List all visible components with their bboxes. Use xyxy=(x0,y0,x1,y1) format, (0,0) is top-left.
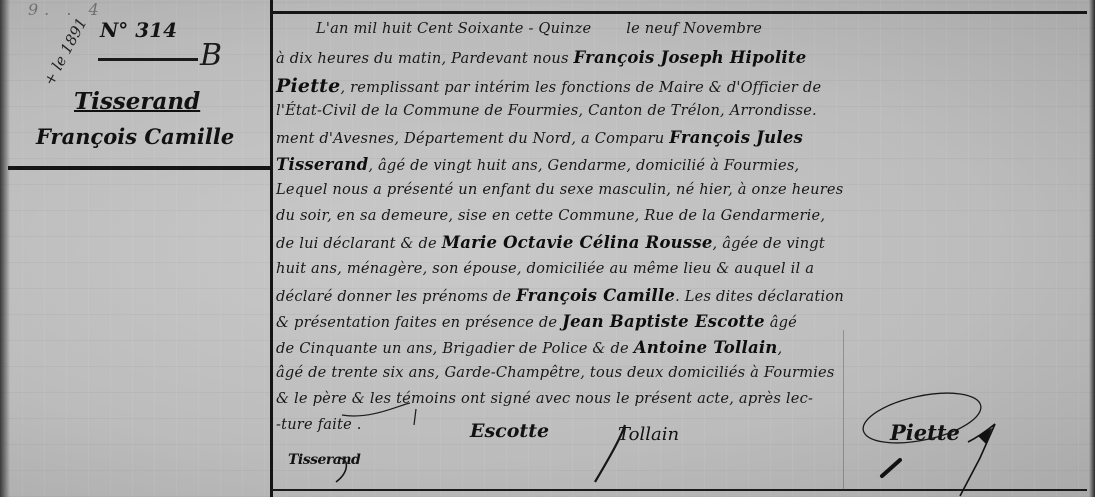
top-rule xyxy=(272,11,1087,14)
body-line: Tisserand, âgé de vingt huit ans, Gendar… xyxy=(276,155,799,174)
witness-2-flourish-icon xyxy=(580,420,650,490)
margin-divider xyxy=(270,0,273,497)
body-line: déclaré donner les prénoms de François C… xyxy=(276,286,844,305)
body-line: à dix heures du matin, Pardevant nous Fr… xyxy=(276,48,806,67)
body-line: Piette, remplissant par intérim les fonc… xyxy=(276,75,821,97)
witness-2-name: Antoine Tollain xyxy=(634,338,778,357)
register-page: 9. . 4 + le 1891 N° 314 B Tisserand Fran… xyxy=(0,0,1095,497)
witness-1-name: Jean Baptiste Escotte xyxy=(562,312,765,331)
mother-name: Marie Octavie Célina Rousse xyxy=(442,233,713,252)
body-line: Lequel nous a présenté un enfant du sexe… xyxy=(276,181,843,198)
margin-surname: Tisserand xyxy=(74,88,200,115)
act-type-letter: B xyxy=(200,38,222,73)
margin-given-names: François Camille xyxy=(36,124,234,149)
father-surname: Tisserand xyxy=(276,155,368,174)
body-line: l'État-Civil de la Commune de Fourmies, … xyxy=(276,102,817,119)
body-line: ment d'Avesnes, Département du Nord, a C… xyxy=(276,128,803,147)
signature-witness-1: Escotte xyxy=(470,420,549,442)
margin-column: 9. . 4 + le 1891 N° 314 B Tisserand Fran… xyxy=(0,0,270,497)
officer-name: François Joseph Hipolite xyxy=(574,48,807,67)
child-given-names: François Camille xyxy=(516,286,675,305)
father-signature-flourish-icon xyxy=(328,448,368,488)
father-given-names: François Jules xyxy=(669,128,803,147)
scan-edge-right xyxy=(1089,0,1095,497)
act-number-underline xyxy=(98,58,198,61)
marginal-annotation: + le 1891 xyxy=(40,15,91,89)
body-line: de Cinquante un ans, Brigadier de Police… xyxy=(276,338,782,357)
faded-annotation: 9. . 4 xyxy=(28,0,105,19)
body-line: L'an mil huit Cent Soixante - Quinze le … xyxy=(316,20,762,37)
text-flourish-icon xyxy=(340,375,460,430)
body-line: & présentation faites en présence de Jea… xyxy=(276,312,797,331)
body-line: du soir, en sa demeure, sise en cette Co… xyxy=(276,207,825,224)
officer-surname: Piette xyxy=(276,75,340,97)
officer-signature-flourish-icon xyxy=(860,388,1040,497)
body-line: huit ans, ménagère, son épouse, domicili… xyxy=(276,260,814,277)
body-line: de lui déclarant & de Marie Octavie Céli… xyxy=(276,233,825,252)
act-number: N° 314 xyxy=(100,18,177,42)
paper-fold-line xyxy=(843,330,844,490)
